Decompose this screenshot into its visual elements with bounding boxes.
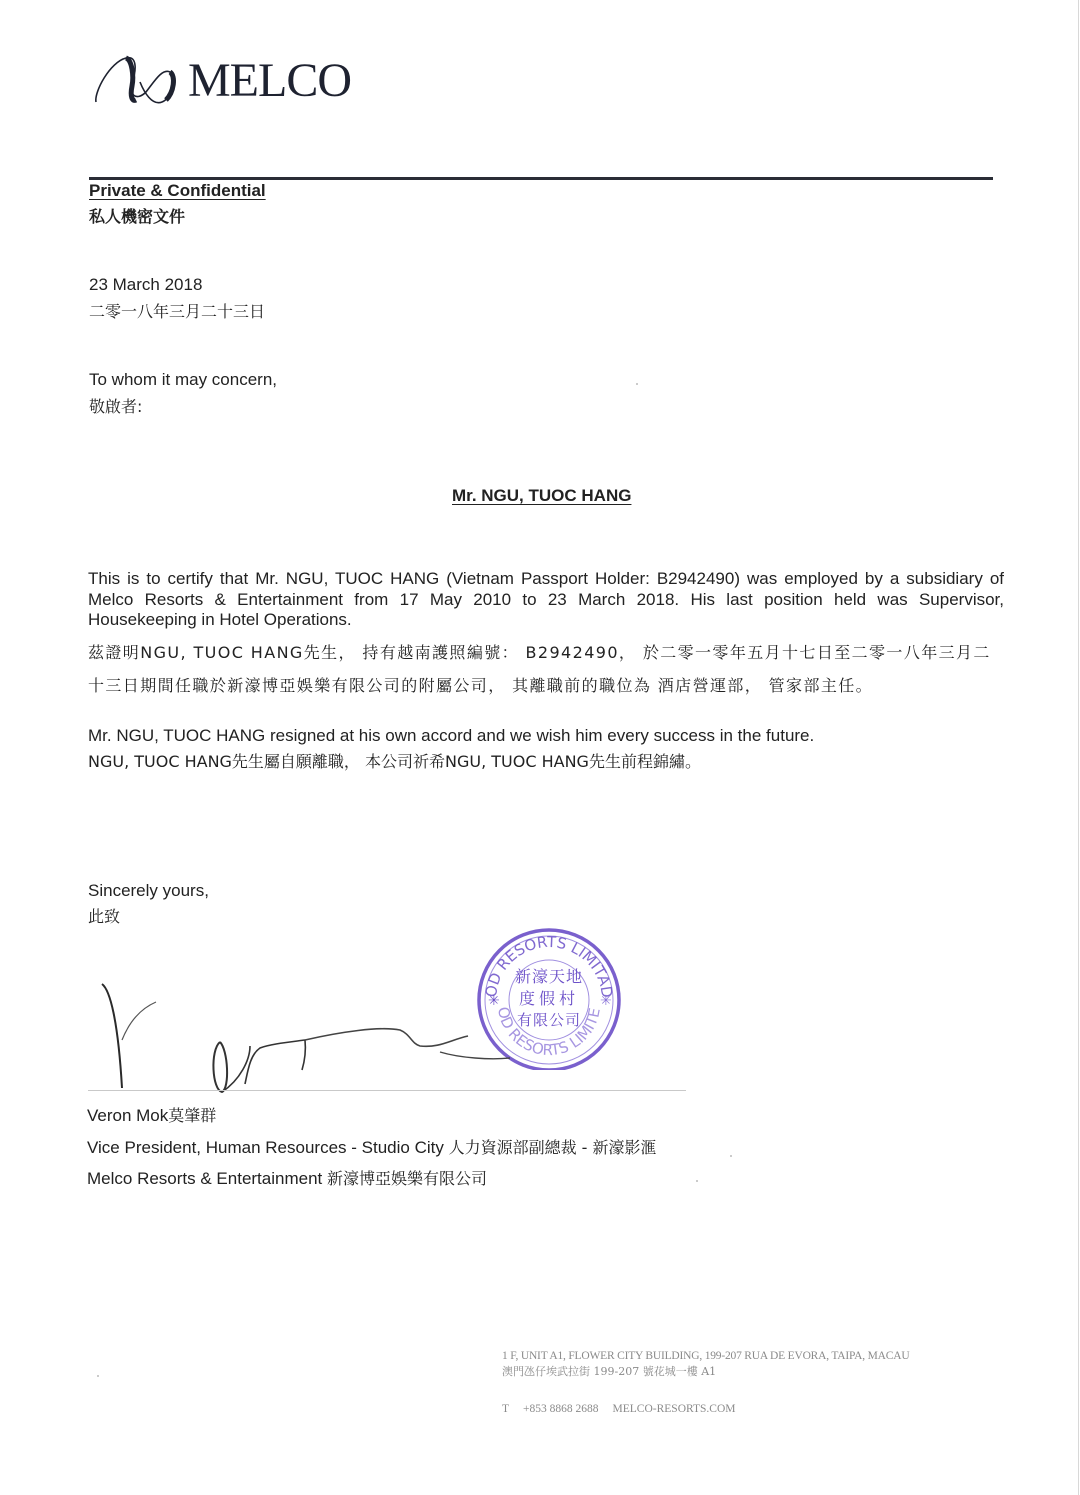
footer-contact: T+853 8868 2688MELCO-RESORTS.COM xyxy=(502,1402,735,1417)
closing-cn: 此致 xyxy=(88,907,120,927)
signatory-company-en: Melco Resorts & Entertainment xyxy=(87,1169,322,1188)
signatory-name: Veron Mok莫肇群 xyxy=(87,1106,216,1126)
page-edge xyxy=(1078,0,1079,1495)
signatory-name-cn: 莫肇群 xyxy=(168,1106,216,1125)
signatory-company-cn: 新濠博亞娛樂有限公司 xyxy=(327,1169,487,1188)
signatory-title: Vice President, Human Resources - Studio… xyxy=(87,1138,657,1158)
footer-phone: +853 8868 2688 xyxy=(523,1403,599,1415)
scan-speck xyxy=(730,1155,732,1157)
signatory-title-cn: 人力資源部副總裁 - 新濠影滙 xyxy=(449,1138,657,1157)
phone-label: T xyxy=(502,1403,509,1415)
subject-line: Mr. NGU, TUOC HANG xyxy=(452,486,631,506)
handwritten-signature xyxy=(100,980,520,1095)
signatory-name-en: Veron Mok xyxy=(87,1106,168,1125)
footer-address: 1 F, UNIT A1, FLOWER CITY BUILDING, 199-… xyxy=(502,1349,909,1364)
svg-text:有限公司: 有限公司 xyxy=(517,1011,581,1029)
scan-speck xyxy=(636,383,638,385)
confidential-label: Private & Confidential xyxy=(89,181,266,201)
scan-speck xyxy=(97,1375,99,1377)
scan-speck xyxy=(696,1180,698,1182)
footer-website: MELCO-RESORTS.COM xyxy=(613,1403,736,1415)
resignation-paragraph: Mr. NGU, TUOC HANG resigned at his own a… xyxy=(88,726,814,746)
certification-paragraph-cn: 茲證明NGU, TUOC HANG先生， 持有越南護照編號： B2942490，… xyxy=(88,636,1008,702)
header-rule xyxy=(89,177,993,180)
closing: Sincerely yours, xyxy=(88,881,209,901)
brand-name: MELCO xyxy=(188,56,351,106)
salutation-cn: 敬啟者: xyxy=(89,397,142,417)
melco-infinity-logo-icon xyxy=(92,52,184,110)
signature-line xyxy=(88,1090,686,1091)
letter-date-cn: 二零一八年三月二十三日 xyxy=(89,302,265,322)
resignation-paragraph-cn: NGU, TUOC HANG先生屬自願離職， 本公司祈希NGU, TUOC HA… xyxy=(88,752,701,772)
svg-text:✳: ✳ xyxy=(600,993,612,1009)
certification-paragraph: This is to certify that Mr. NGU, TUOC HA… xyxy=(88,569,1004,631)
signatory-title-en: Vice President, Human Resources - Studio… xyxy=(87,1138,444,1157)
footer-address-cn: 澳門氹仔埃武拉街 199-207 號花城一樓 A1 xyxy=(502,1364,716,1379)
confidential-label-cn: 私人機密文件 xyxy=(89,207,185,227)
letter-date: 23 March 2018 xyxy=(89,275,202,295)
salutation: To whom it may concern, xyxy=(89,370,277,390)
svg-text:度假村: 度假村 xyxy=(519,989,579,1008)
svg-text:新濠天地: 新濠天地 xyxy=(515,967,583,986)
signatory-company: Melco Resorts & Entertainment 新濠博亞娛樂有限公司 xyxy=(87,1169,487,1189)
melco-logo: MELCO xyxy=(92,52,372,112)
